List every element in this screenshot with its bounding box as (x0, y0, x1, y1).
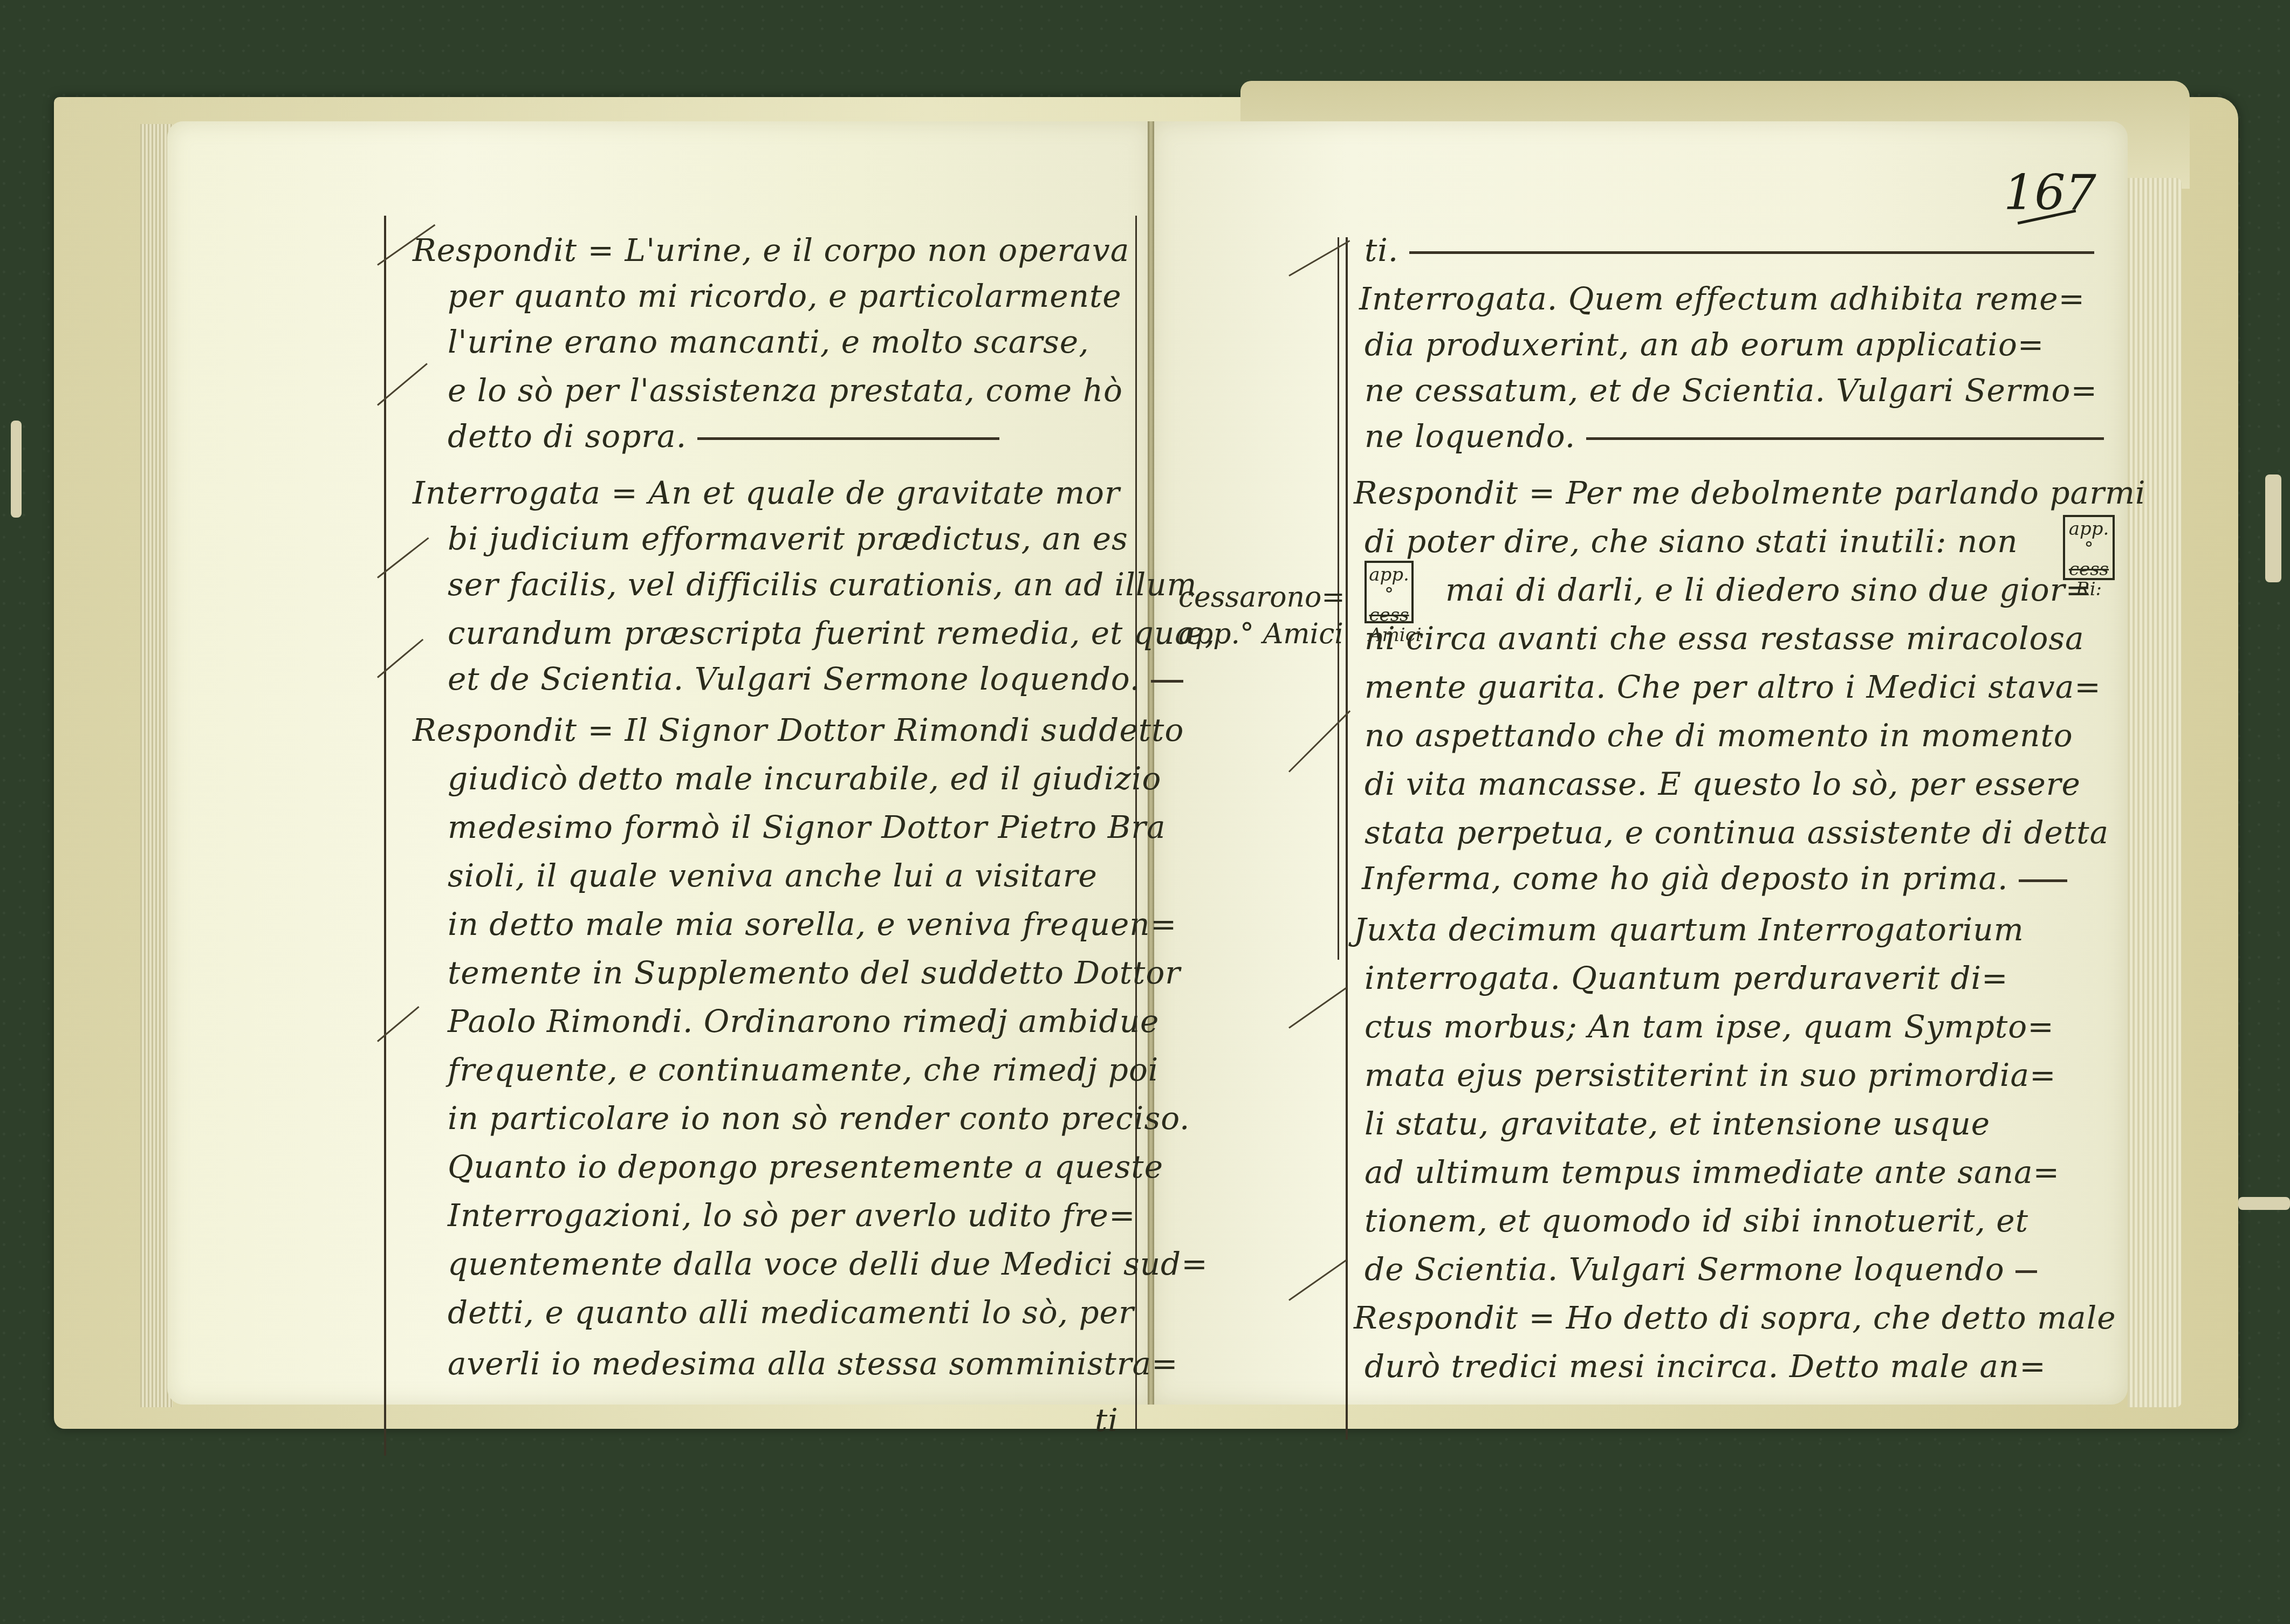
text-line: de Scientia. Vulgari Sermone loquendo (1365, 1251, 2037, 1288)
text-line: ne loquendo. (1365, 418, 2104, 455)
text-line: di vita mancasse. E questo lo sò, per es… (1365, 766, 2081, 802)
text-line: dia produxerint, an ab eorum applicatio= (1365, 326, 2044, 363)
dash-fill (1151, 680, 1183, 683)
text-line: Paolo Rimondi. Ordinarono rimedj ambidue (448, 1003, 1159, 1040)
text-line: frequente, e continuamente, che rimedj p… (448, 1051, 1158, 1088)
text-line: stata perpetua, e continua assistente di… (1365, 814, 2109, 851)
text-line: l'urine erano mancanti, e molto scarse, (448, 324, 1089, 360)
insert-line: app.° (1369, 565, 1409, 605)
text-line: curandum præscripta fuerint remedia, et … (448, 615, 1215, 651)
insert-line: app.° (2067, 519, 2110, 560)
text-line: quentemente dalla voce delli due Medici … (448, 1245, 1208, 1282)
text-line: Interrogata. Quem effectum adhibita reme… (1359, 280, 2085, 317)
bookmark-tab (2238, 1197, 2290, 1210)
insert-line: Amici (1369, 625, 1409, 645)
text-line: ad ultimum tempus immediate ante sana= (1365, 1154, 2060, 1191)
text-line: Interrogazioni, lo sò per averlo udito f… (448, 1197, 1136, 1234)
text-line: mente guarita. Che per altro i Medici st… (1365, 669, 2101, 705)
text-content: de Scientia. Vulgari Sermone loquendo (1365, 1251, 2005, 1288)
boxed-insertion: app.° cess Ri: (2063, 515, 2115, 580)
text-line: ti. (1365, 232, 2094, 269)
text-line: mata ejus persistiterint in suo primordi… (1365, 1057, 2056, 1093)
text-line: e lo sò per l'assistenza prestata, come … (448, 372, 1123, 409)
text-line: ctus morbus; An tam ipse, quam Sympto= (1365, 1008, 2054, 1045)
text-line: Quanto io depongo presentemente a queste (448, 1148, 1163, 1185)
text-line: li statu, gravitate, et intensione usque (1365, 1105, 1990, 1142)
text-content: ne loquendo. (1365, 418, 1575, 455)
text-line: detto di sopra. (448, 418, 999, 455)
dash-fill (2019, 879, 2067, 882)
text-line: Respondit = Il Signor Dottor Rimondi sud… (413, 712, 1184, 748)
text-line: ser facilis, vel difficilis curationis, … (448, 566, 1197, 603)
text-line: ne cessatum, et de Scientia. Vulgari Ser… (1365, 372, 2097, 409)
text-line: mai di darli, e li diedero sino due gior… (1445, 572, 2092, 608)
text-line: ni circa avanti che essa restasse miraco… (1365, 620, 2085, 657)
margin-note: cessarono= app.° Amici (1178, 580, 1345, 652)
text-line: medesimo formò il Signor Dottor Pietro B… (448, 809, 1166, 845)
margin-note-line: app.° Amici (1178, 616, 1345, 653)
text-line: Respondit = Per me debolmente parlando p… (1354, 474, 2145, 511)
margin-note-line: cessarono= (1178, 580, 1345, 616)
text-line: averli io medesima alla stessa somminist… (448, 1345, 1178, 1382)
text-line: interrogata. Quantum perduraverit di= (1365, 960, 2008, 996)
left-margin-rule (384, 216, 386, 1456)
tie-string-left (11, 421, 22, 518)
text-content: et de Scientia. Vulgari Sermone loquendo… (448, 660, 1140, 697)
text-line: Juxta decimum quartum Interrogatorium (1354, 911, 2024, 948)
insert-line: cess (1369, 605, 1409, 625)
text-line: Respondit = L'urine, e il corpo non oper… (413, 232, 1129, 269)
text-line: in particolare io non sò render conto pr… (448, 1100, 1190, 1137)
text-line: Interrogata = An et quale de gravitate m… (413, 474, 1120, 511)
text-content: ti. (1365, 232, 1398, 269)
text-content: detto di sopra. (448, 418, 687, 455)
text-line: durò tredici mesi incirca. Detto male an… (1365, 1348, 2046, 1385)
text-line: per quanto mi ricordo, e particolarmente (448, 278, 1122, 314)
text-line: in detto male mia sorella, e veniva freq… (448, 906, 1177, 942)
insert-line: cess (2067, 560, 2110, 580)
boxed-insertion: app.° cess Amici (1365, 561, 1414, 623)
text-line: di poter dire, che siano stati inutili: … (1365, 523, 2018, 560)
insert-line: Ri: (2067, 580, 2110, 600)
text-content: Inferma, come ho già deposto in prima. (1362, 860, 2008, 897)
text-line: et de Scientia. Vulgari Sermone loquendo… (448, 660, 1183, 697)
text-line: Respondit = Ho detto di sopra, che detto… (1354, 1299, 2116, 1336)
dash-fill (2015, 1270, 2037, 1273)
tie-string-right (2265, 474, 2281, 582)
right-page-edges (2128, 178, 2182, 1407)
text-line: tionem, et quomodo id sibi innotuerit, e… (1365, 1202, 2028, 1239)
folio-number: 167 (2004, 164, 2096, 221)
text-line: sioli, il quale veniva anche lui a visit… (448, 857, 1098, 894)
catchword: ti (1095, 1402, 1119, 1439)
text-line: detti, e quanto alli medicamenti lo sò, … (448, 1294, 1134, 1331)
text-line: no aspettando che di momento in momento (1365, 717, 2073, 754)
dash-fill (1586, 437, 2104, 440)
dash-fill (697, 437, 999, 440)
text-line: giudicò detto male incurabile, ed il giu… (448, 760, 1162, 797)
text-line: temente in Supplemento del suddetto Dott… (448, 954, 1181, 991)
text-line: bi judicium efformaverit prædictus, an e… (448, 520, 1128, 557)
text-line: Inferma, come ho già deposto in prima. (1362, 860, 2067, 897)
dash-fill (1409, 251, 2094, 254)
